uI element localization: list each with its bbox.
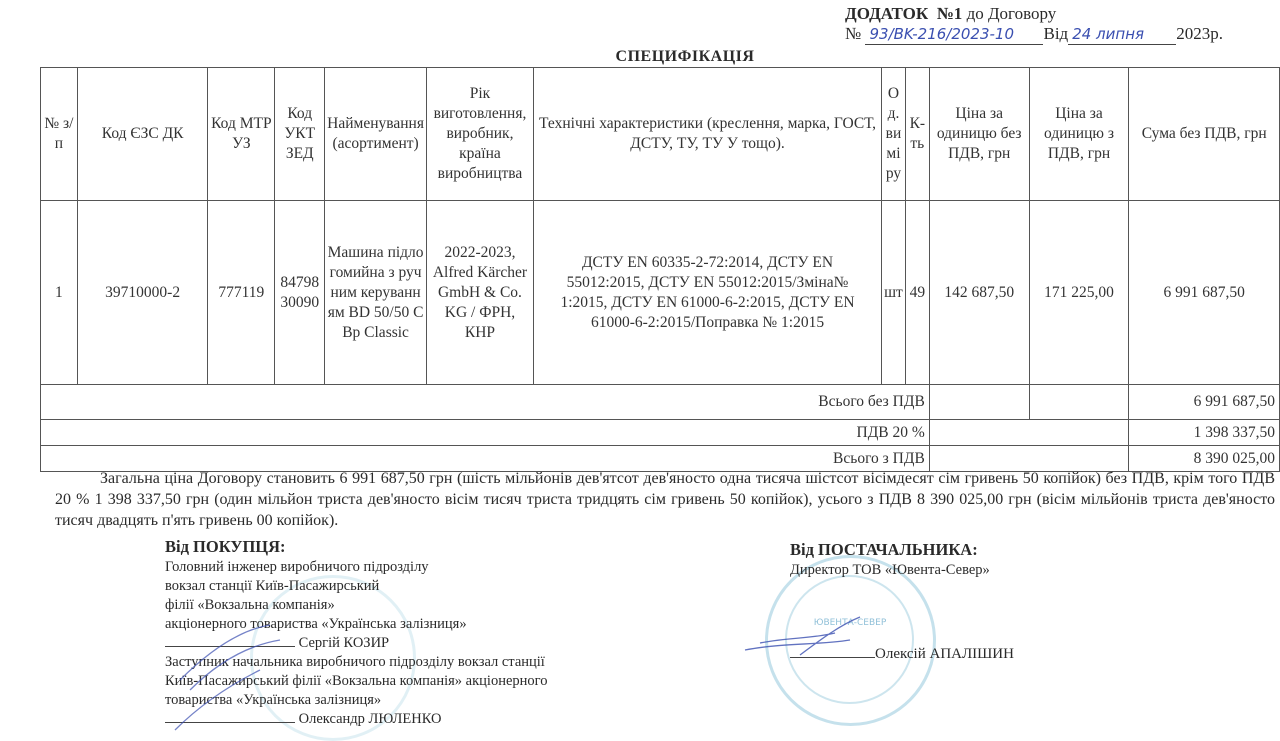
cell-num: 1 [41, 201, 78, 385]
cell-sum-no-vat: 6 991 687,50 [1129, 201, 1280, 385]
cell-specs: ДСТУ EN 60335-2-72:2014, ДСТУ EN 55012:2… [533, 201, 881, 385]
col-header-ezs-code: Код ЄЗС ДК [77, 68, 208, 201]
col-header-unit: Од. виміру [882, 68, 906, 201]
contract-number-handwritten: 93/BK-216/2023-10 [865, 24, 1043, 45]
total-row-no-vat: Всього без ПДВ 6 991 687,50 [41, 385, 1280, 420]
date-handwritten: 24 липня [1068, 24, 1176, 45]
cell-unit: шт [882, 201, 906, 385]
col-header-mtr-code: Код МТР УЗ [208, 68, 275, 201]
total-value-no-vat: 6 991 687,50 [1129, 385, 1280, 420]
cell-year-maker: 2022-2023, Alfred Kärcher GmbH & Co. KG … [427, 201, 534, 385]
table-row: 1 39710000-2 777119 8479830090 Машина пі… [41, 201, 1280, 385]
total-empty-cell [1029, 385, 1129, 420]
col-header-qty: К-ть [905, 68, 929, 201]
table-header-row: № з/п Код ЄЗС ДК Код МТР УЗ Код УКТ ЗЕД … [41, 68, 1280, 201]
col-header-specs: Технічні характеристики (креслення, марк… [533, 68, 881, 201]
date-year: 2023р. [1176, 24, 1223, 43]
cell-price-vat: 171 225,00 [1029, 201, 1129, 385]
cell-ezs-code: 39710000-2 [77, 201, 208, 385]
cell-ukt-code: 8479830090 [275, 201, 325, 385]
buyer-heading: Від ПОКУПЦЯ: [165, 537, 286, 557]
total-value-vat: 1 398 337,50 [1129, 420, 1280, 446]
page-title: СПЕЦИФІКАЦІЯ [0, 48, 1280, 66]
annex-label: ДОДАТОК [845, 4, 928, 23]
total-empty-cell [929, 420, 1129, 446]
contract-reference: № 93/BK-216/2023-10Від24 липня2023р. [845, 24, 1223, 45]
col-header-price-no-vat: Ціна за одиницю без ПДВ, грн [929, 68, 1029, 201]
seller-position: Директор ТОВ «Ювента-Север» [790, 562, 990, 579]
cell-price-no-vat: 142 687,50 [929, 201, 1029, 385]
cell-name: Машина підлогомийна з ручним керуванням … [325, 201, 427, 385]
buyer-signer1-line: Головний інженер виробничого підрозділу [165, 558, 547, 577]
annex-suffix: до Договору [967, 4, 1057, 23]
col-header-year-maker: Рік виготовлення, виробник, країна вироб… [427, 68, 534, 201]
annex-heading: ДОДАТОК №1 до Договору [845, 4, 1056, 24]
total-empty-cell [929, 385, 1029, 420]
specification-table: № з/п Код ЄЗС ДК Код МТР УЗ Код УКТ ЗЕД … [40, 67, 1280, 472]
price-summary-paragraph: Загальна ціна Договору становить 6 991 6… [55, 468, 1275, 531]
col-header-name: Найменування (асортимент) [325, 68, 427, 201]
buyer-signer1-line: вокзал станції Київ-Пасажирський [165, 577, 547, 596]
col-header-price-vat: Ціна за одиницю з ПДВ, грн [1029, 68, 1129, 201]
col-header-sum-no-vat: Сума без ПДВ, грн [1129, 68, 1280, 201]
col-header-ukt-code: Код УКТ ЗЕД [275, 68, 325, 201]
seller-name: Олексій АПАЛІШИН [875, 646, 1014, 662]
seller-heading: Від ПОСТАЧАЛЬНИКА: [790, 540, 978, 560]
col-header-num: № з/п [41, 68, 78, 201]
cell-mtr-code: 777119 [208, 201, 275, 385]
contract-prefix: № [845, 24, 861, 43]
cell-qty: 49 [905, 201, 929, 385]
total-label-no-vat: Всього без ПДВ [41, 385, 930, 420]
seller-signature-scribble-icon [740, 615, 880, 665]
total-row-vat: ПДВ 20 % 1 398 337,50 [41, 420, 1280, 446]
price-summary-text: Загальна ціна Договору становить 6 991 6… [55, 470, 1275, 529]
total-label-vat: ПДВ 20 % [41, 420, 930, 446]
buyer-signature-scribble-icon [170, 610, 330, 741]
date-prefix: Від [1043, 24, 1068, 43]
annex-number: №1 [937, 4, 963, 23]
